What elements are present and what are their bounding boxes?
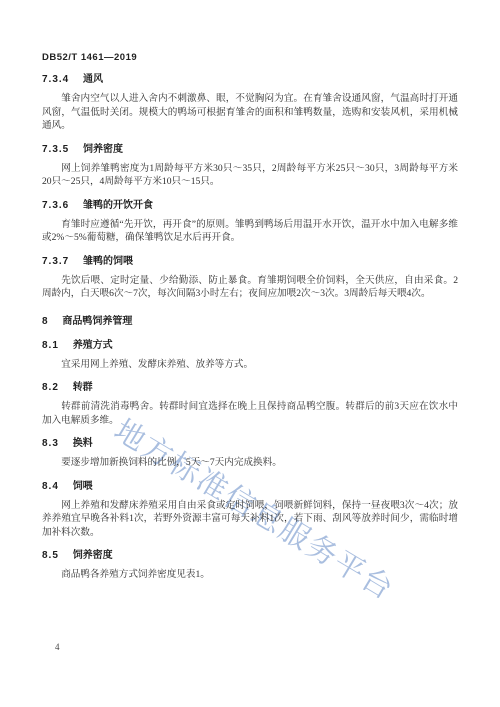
section-7-3-6: 7.3.6 雏鸭的开饮开食 育雏时应遵循“先开饮，再开食”的原则。雏鸭到鸭场后用…: [42, 199, 458, 245]
section-title: 饲养密度: [73, 550, 113, 561]
section-title: 换料: [73, 438, 93, 449]
section-paragraph: 雏舍内空气以人进入舍内不刺激鼻、眼，不觉胸闷为宜。在育雏舍设通风窗，气温高时打开…: [42, 92, 458, 133]
section-paragraph: 网上饲养雏鸭密度为1周龄每平方米30只～35只，2周龄每平方米25只～30只，3…: [42, 162, 458, 189]
section-paragraph: 要逐步增加新换饲料的比例，5天～7天内完成换料。: [42, 456, 458, 470]
section-number: 8.5: [42, 550, 59, 561]
section-paragraph: 先饮后喂、定时定量、少给勤添、防止暴食。育雏期饲喂全价饲料，全天供应，自由采食。…: [42, 274, 458, 301]
section-number: 8: [42, 316, 49, 327]
section-heading: 7.3.7 雏鸭的饲喂: [42, 255, 458, 269]
page-content: DB52/T 1461—2019 7.3.4 通风 雏舍内空气以人进入舍内不刺激…: [42, 52, 458, 582]
section-heading: 8.4 饲喂: [42, 480, 458, 494]
section-8-5: 8.5 饲养密度 商品鸭各养殖方式饲养密度见表1。: [42, 549, 458, 582]
section-title: 饲养密度: [83, 144, 123, 155]
section-8-4: 8.4 饲喂 网上养殖和发酵床养殖采用自由采食或定时饲喂，饲喂新鲜饲料，保持一昼…: [42, 480, 458, 540]
chapter-heading: 8 商品鸭饲养管理: [42, 315, 458, 329]
section-heading: 7.3.6 雏鸭的开饮开食: [42, 199, 458, 213]
section-8-1: 8.1 养殖方式 宜采用网上养殖、发酵床养殖、放养等方式。: [42, 339, 458, 372]
section-number: 7.3.5: [42, 144, 69, 155]
section-number: 8.1: [42, 340, 59, 351]
section-7-3-5: 7.3.5 饲养密度 网上饲养雏鸭密度为1周龄每平方米30只～35只，2周龄每平…: [42, 143, 458, 189]
section-heading: 8.2 转群: [42, 381, 458, 395]
section-8-2: 8.2 转群 转群前清洗消毒鸭舍。转群时间宜选择在晚上且保持商品鸭空腹。转群后的…: [42, 381, 458, 427]
section-title: 通风: [83, 74, 103, 85]
section-heading: 7.3.5 饲养密度: [42, 143, 458, 157]
section-number: 8.4: [42, 481, 59, 492]
section-paragraph: 转群前清洗消毒鸭舍。转群时间宜选择在晚上且保持商品鸭空腹。转群后的前3天应在饮水…: [42, 400, 458, 427]
section-title: 转群: [73, 382, 93, 393]
section-title: 养殖方式: [73, 340, 113, 351]
section-8-3: 8.3 换料 要逐步增加新换饲料的比例，5天～7天内完成换料。: [42, 437, 458, 470]
standard-number-header: DB52/T 1461—2019: [42, 52, 458, 63]
section-paragraph: 宜采用网上养殖、发酵床养殖、放养等方式。: [42, 358, 458, 372]
section-title: 雏鸭的饲喂: [83, 256, 133, 267]
section-paragraph: 商品鸭各养殖方式饲养密度见表1。: [42, 568, 458, 582]
section-heading: 8.1 养殖方式: [42, 339, 458, 353]
section-title: 饲喂: [73, 481, 93, 492]
section-paragraph: 育雏时应遵循“先开饮，再开食”的原则。雏鸭到鸭场后用温开水开饮，温开水中加入电解…: [42, 218, 458, 245]
section-number: 7.3.7: [42, 256, 69, 267]
section-heading: 7.3.4 通风: [42, 73, 458, 87]
section-heading: 8.5 饲养密度: [42, 549, 458, 563]
section-heading: 8.3 换料: [42, 437, 458, 451]
section-title: 雏鸭的开饮开食: [83, 200, 153, 211]
section-number: 7.3.4: [42, 74, 69, 85]
document-page: 地方标准信息服务平台 DB52/T 1461—2019 7.3.4 通风 雏舍内…: [0, 0, 500, 707]
section-7-3-4: 7.3.4 通风 雏舍内空气以人进入舍内不刺激鼻、眼，不觉胸闷为宜。在育雏舍设通…: [42, 73, 458, 133]
section-paragraph: 网上养殖和发酵床养殖采用自由采食或定时饲喂，饲喂新鲜饲料，保持一昼夜喂3次～4次…: [42, 499, 458, 540]
section-title: 商品鸭饲养管理: [62, 316, 132, 327]
section-number: 7.3.6: [42, 200, 69, 211]
section-7-3-7: 7.3.7 雏鸭的饲喂 先饮后喂、定时定量、少给勤添、防止暴食。育雏期饲喂全价饲…: [42, 255, 458, 301]
section-8: 8 商品鸭饲养管理: [42, 315, 458, 329]
section-number: 8.3: [42, 438, 59, 449]
section-number: 8.2: [42, 382, 59, 393]
page-number: 4: [55, 642, 60, 652]
